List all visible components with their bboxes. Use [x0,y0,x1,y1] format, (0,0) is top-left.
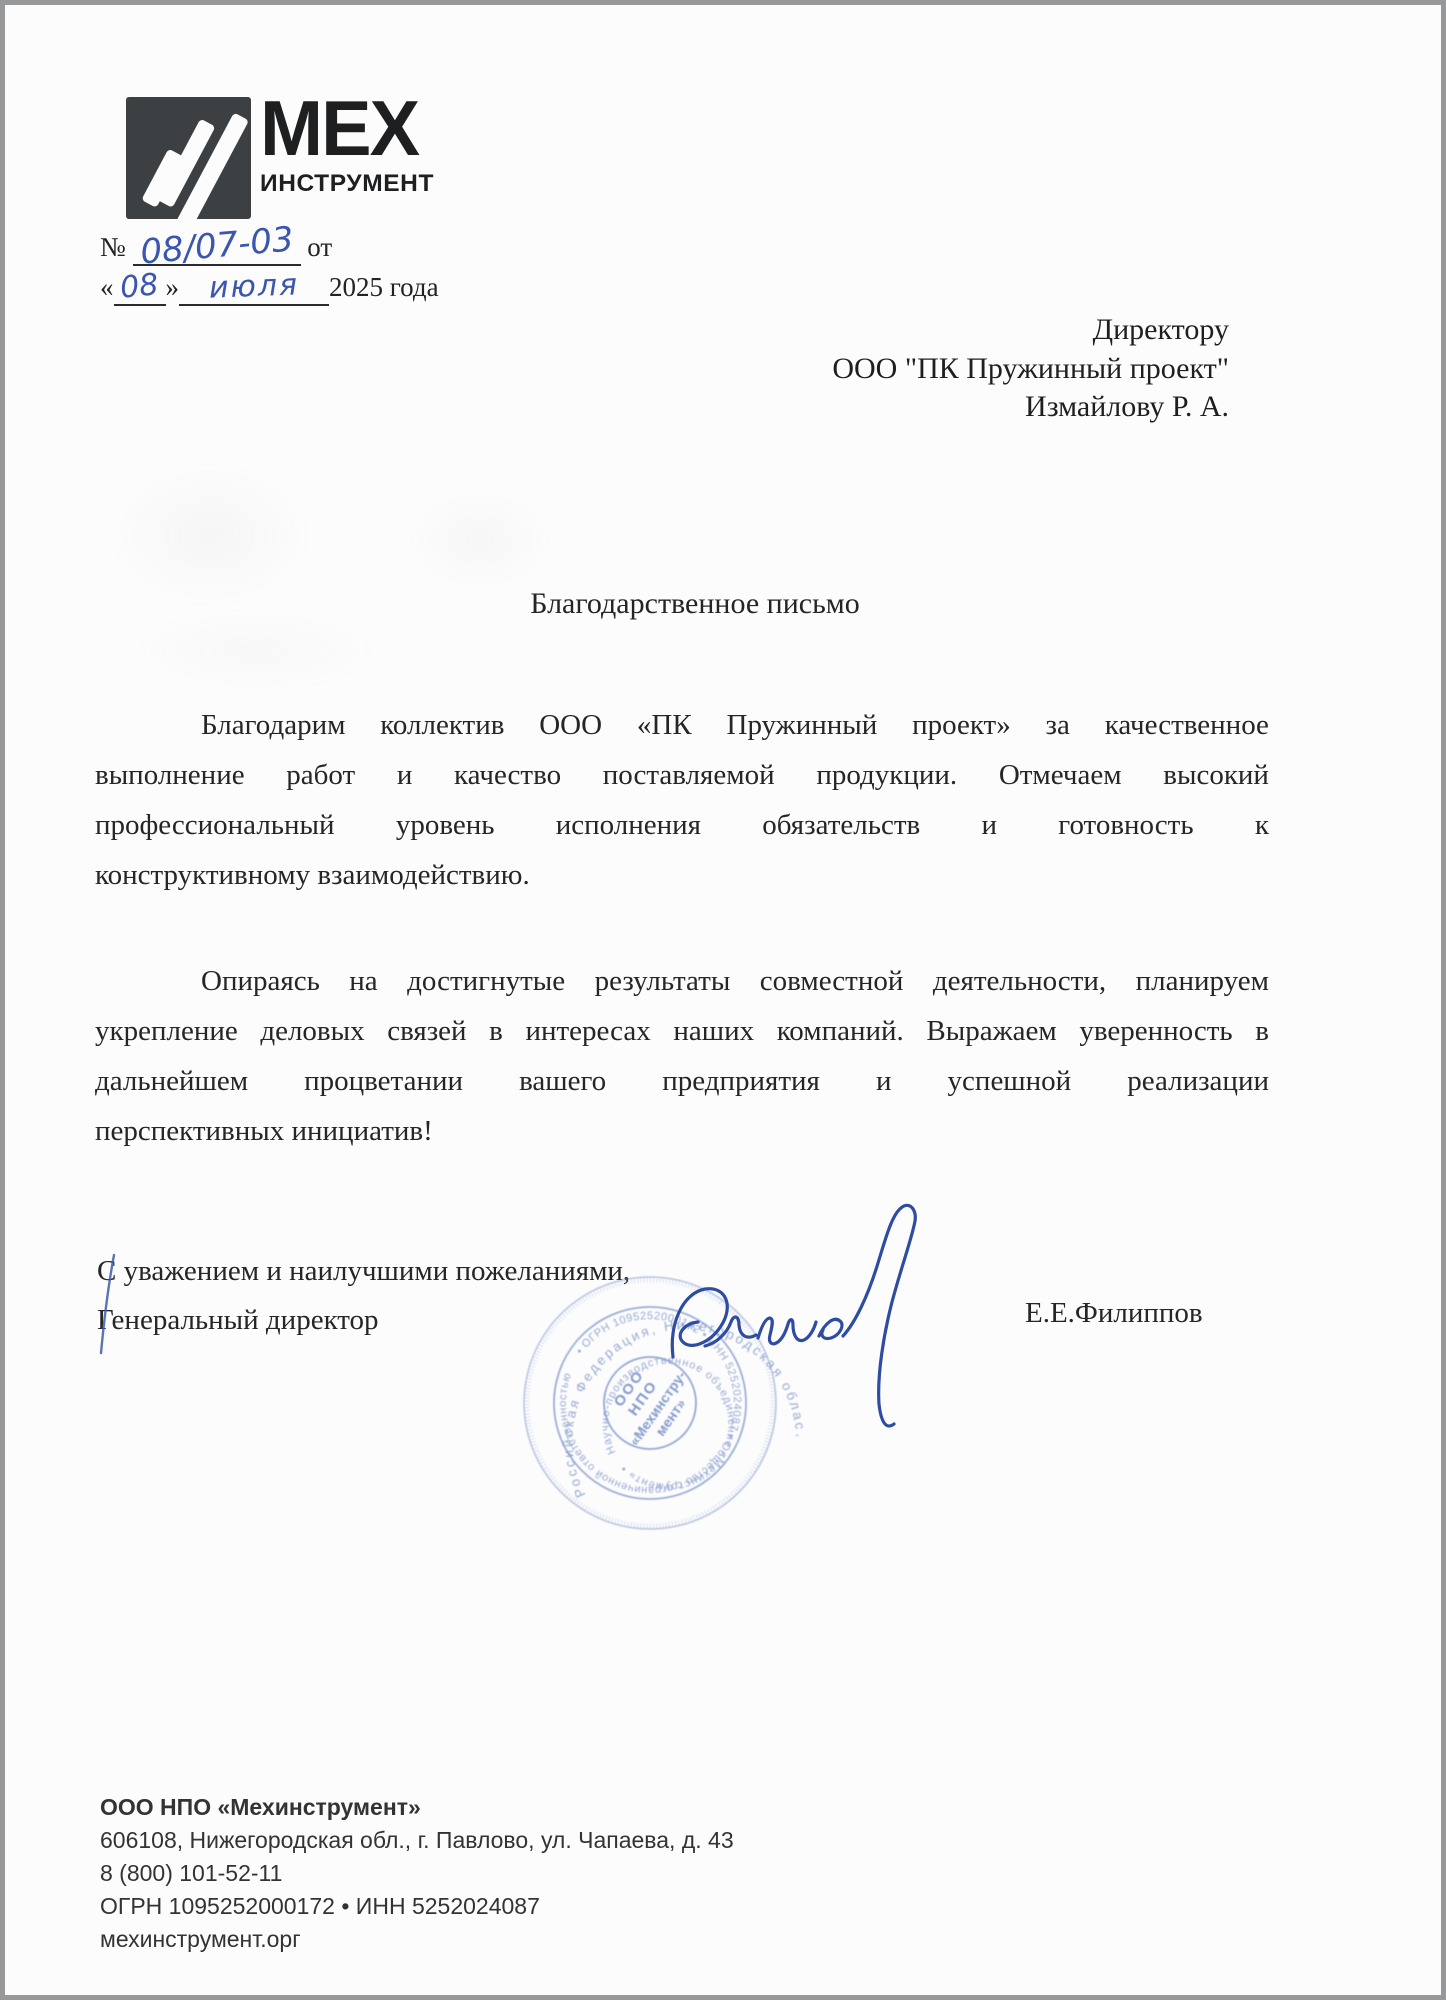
letter-title: Благодарственное письмо [125,587,1265,621]
recipient-company: ООО "ПК Пружинный проект" [705,350,1229,389]
month-blank: июля [179,266,329,306]
company-logo-wordmark: МЕХ ИНСТРУМЕНТ [260,89,434,198]
number-blank: 08/07-03 [133,225,301,266]
recipient-person: Измайлову Р. А. [705,388,1229,427]
handwritten-day: 08 [119,266,161,307]
paragraph-line: укреплениеделовыхсвязейвинтересахнашихко… [95,1015,1269,1065]
reference-block: № 08/07-03 от «08»июля2025 года [100,225,439,306]
reference-number-line: № 08/07-03 от [100,225,439,266]
paragraph-line: конструктивному взаимодействию. [95,859,1269,909]
paragraph-line: перспективных инициатив! [95,1115,1269,1165]
paragraph-line: выполнениеработикачествопоставляемойпрод… [95,759,1269,809]
paragraph-line: БлагодаримколлективООО«ПКПружинныйпроект… [95,709,1269,759]
footer-address: 606108, Нижегородская обл., г. Павлово, … [100,1824,734,1857]
footer-registration: ОГРН 1095252000172 • ИНН 5252024087 [100,1890,734,1923]
number-suffix: от [307,232,332,262]
scanned-letter-page: МЕХ ИНСТРУМЕНТ № 08/07-03 от «08»июля202… [0,0,1446,2000]
paragraph-line: профессиональныйуровеньисполненияобязате… [95,809,1269,859]
day-blank: 08 [114,266,166,306]
logo-sub-text: ИНСТРУМЕНТ [260,170,434,198]
closing-regards: С уважением и наилучшими пожеланиями, [97,1247,630,1296]
paragraph-1: БлагодаримколлективООО«ПКПружинныйпроект… [95,709,1269,909]
footer-phone: 8 (800) 101-52-11 [100,1857,734,1890]
company-logo-icon [126,97,251,219]
year-text: 2025 года [329,272,439,302]
paragraph-2: Опираясьнадостигнутыерезультатысовместно… [95,965,1269,1165]
recipient-block: Директору ООО "ПК Пружинный проект" Изма… [705,311,1229,427]
footer-website: мехинструмент.орг [100,1923,734,1956]
signer-name: Е.Е.Филиппов [1025,1297,1203,1330]
paragraph-line: дальнейшемпроцветаниивашегопредприятияиу… [95,1065,1269,1115]
footer-company: ООО НПО «Мехинструмент» [100,1791,734,1824]
footer-block: ООО НПО «Мехинструмент» 606108, Нижегоро… [100,1791,734,1956]
reference-date-line: «08»июля2025 года [100,266,439,306]
handwritten-month: июля [208,266,299,306]
number-prefix: № [100,232,126,262]
quote-open: « [100,272,114,302]
handwritten-number: 08/07-03 [139,221,295,271]
paragraph-line: Опираясьнадостигнутыерезультатысовместно… [95,965,1269,1015]
logo-main-text: МЕХ [260,89,429,169]
scan-smudge [405,485,555,595]
recipient-role: Директору [705,311,1229,350]
quote-close: » [166,272,180,302]
